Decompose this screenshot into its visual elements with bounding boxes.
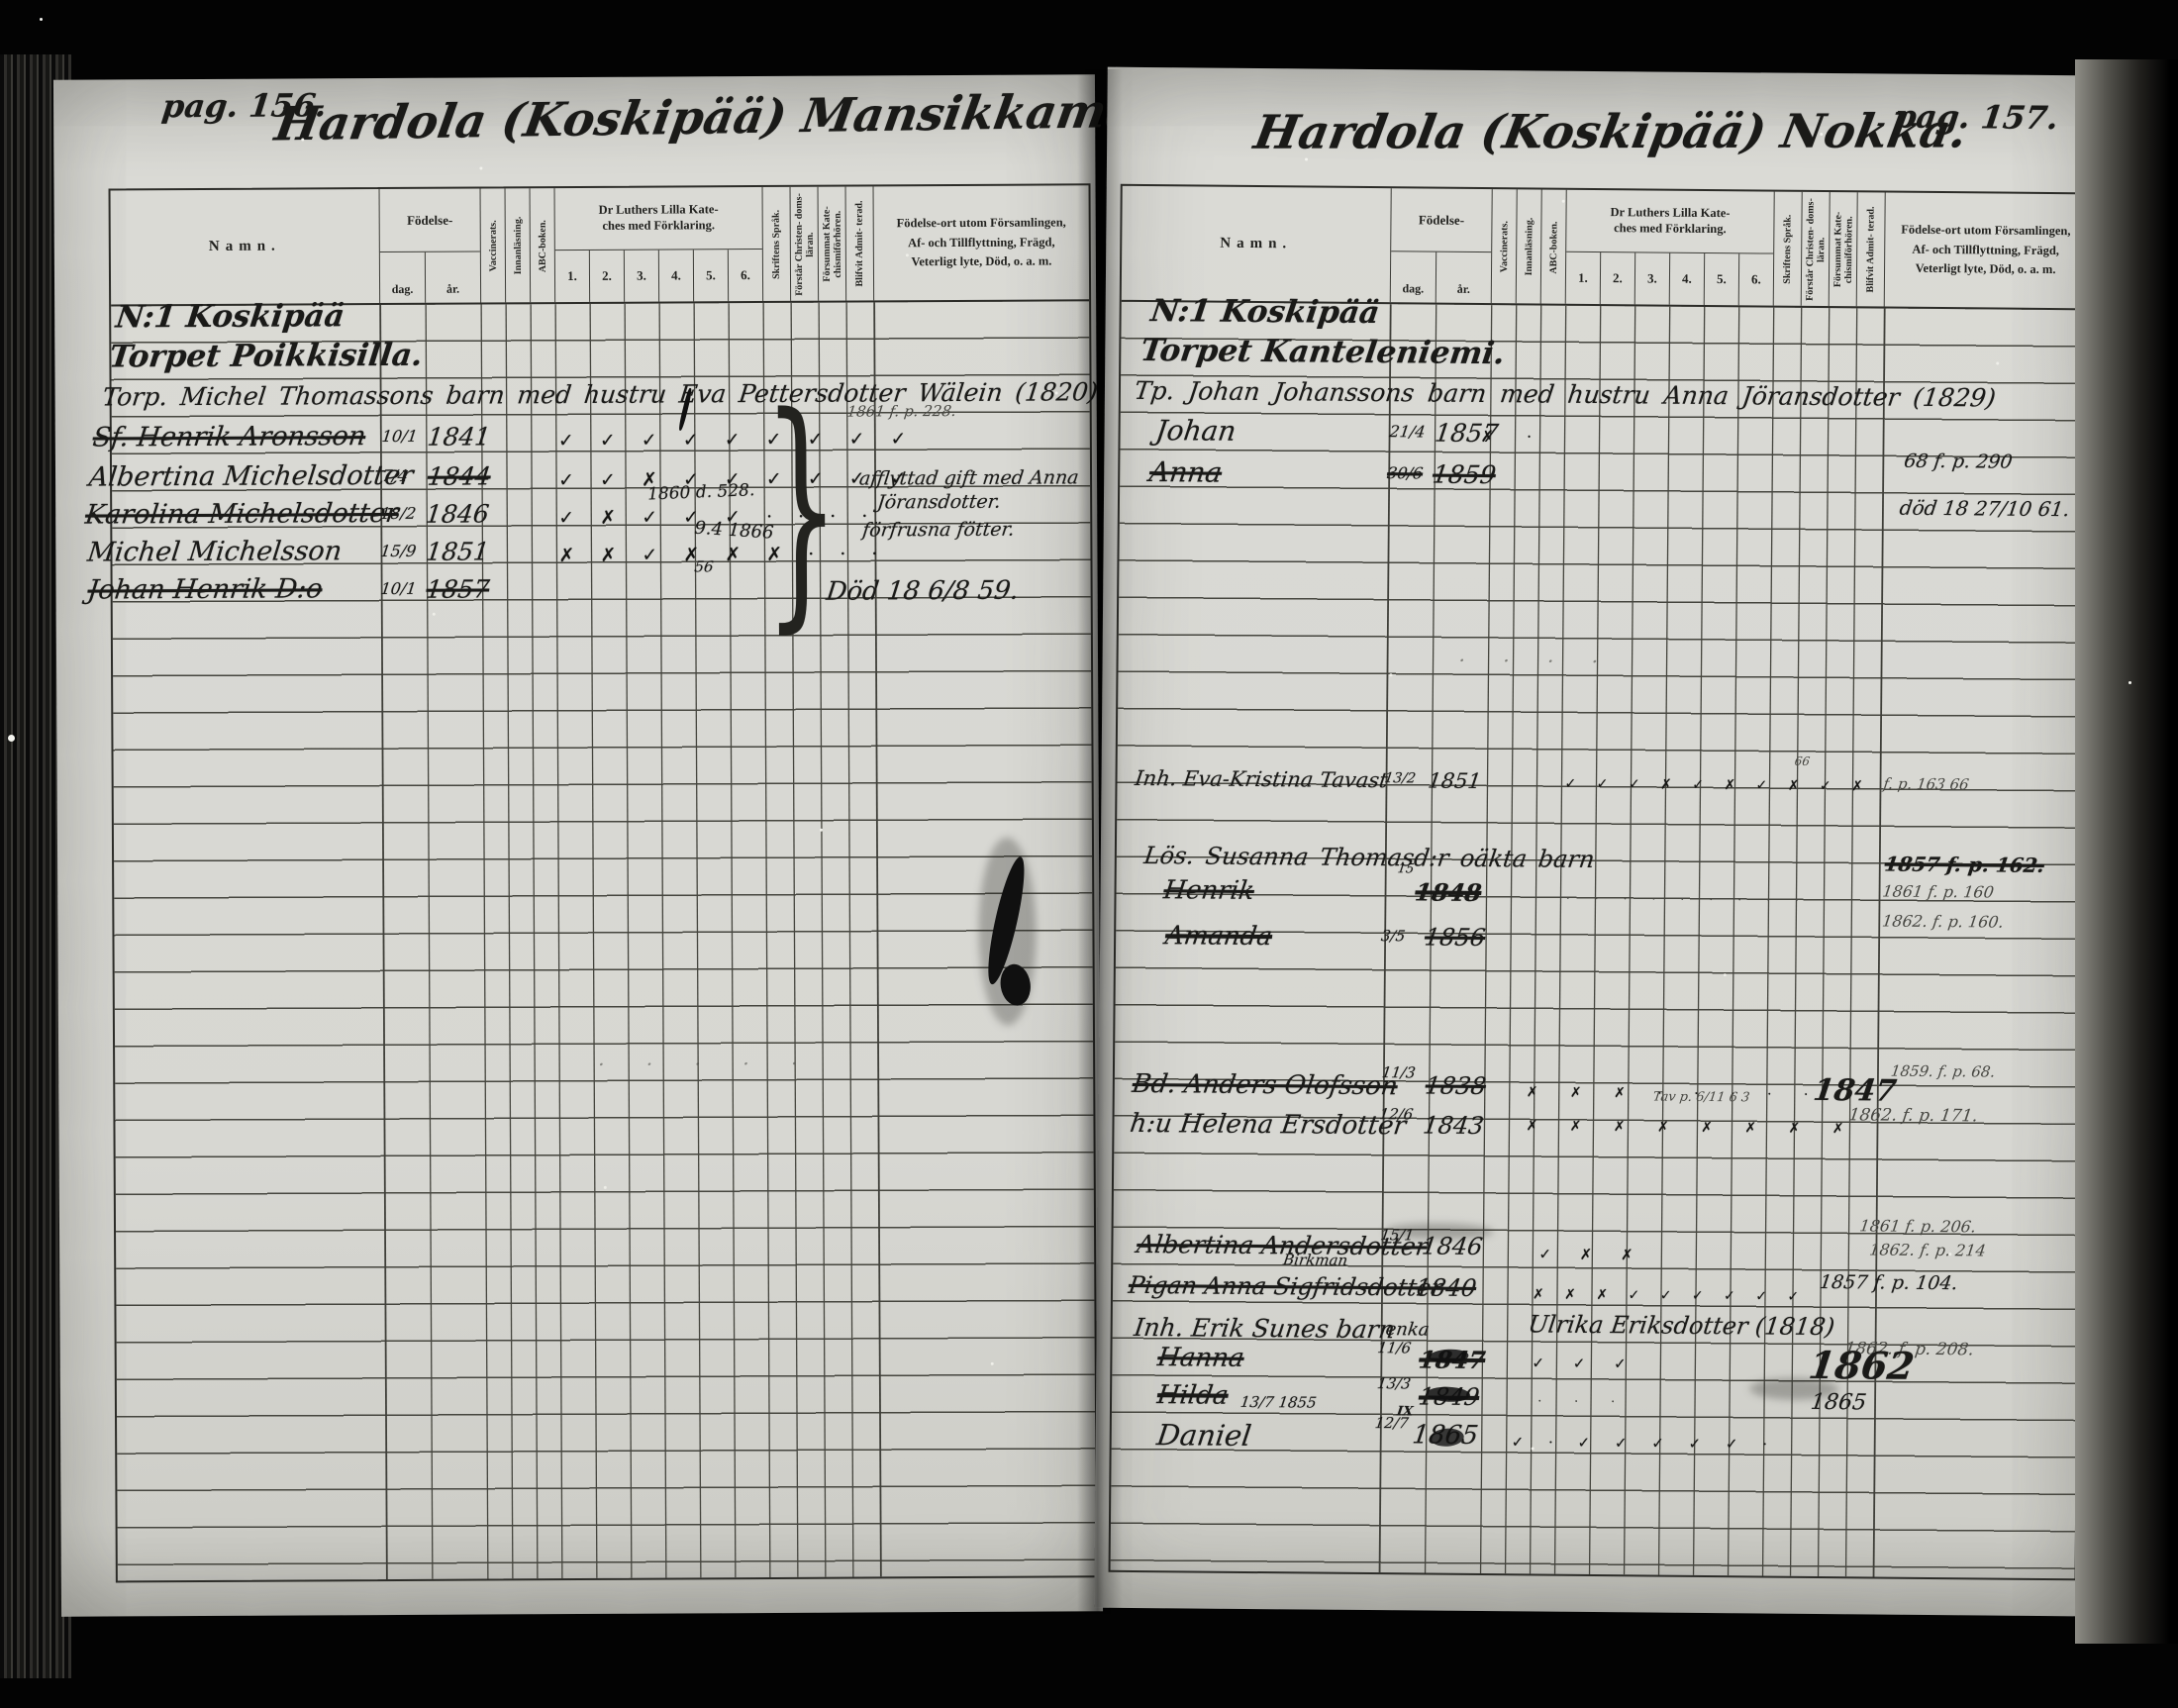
dust-speck	[2128, 681, 2131, 684]
remark-note: 1847	[1812, 1073, 1899, 1109]
col-abc: ABC-boken.	[537, 192, 548, 299]
col-catechism-line2: ches med Förklaring.	[1614, 221, 1727, 238]
entry-marks: · · · · · · · · ·	[1565, 891, 1809, 909]
col-remarks-line2: Af- och Tillflyttning, Frägd,	[1912, 241, 2059, 261]
entry-birth-year: 1843	[1422, 1112, 1486, 1141]
remark-note: 1865	[1809, 1390, 1867, 1415]
dust-speck	[40, 18, 43, 21]
remark-note: 1862	[1806, 1343, 1917, 1388]
entry-marks: ✗ ✗ ✗ ✗ ✗ ✗ ✗ ✗	[1526, 1118, 1857, 1137]
page-left: pag. 156. Hardola (Koskipää) Mansikkamäk…	[53, 74, 1103, 1616]
entry-birth-day: 12/7	[1374, 1414, 1410, 1432]
entry-marks: ✓ ✓ ✓ ✗ ✓ ✗ ✓ ✗ ✓ ✗	[1564, 776, 1870, 795]
col-catechism-line2: ches med Förklaring.	[602, 218, 715, 234]
paper-speckles	[301, 138, 304, 141]
entry-birth-day: 3/5	[1380, 927, 1407, 945]
entry-birth-day: 15	[1397, 861, 1416, 876]
entry-marks: ✓ ✓ ✓	[1532, 1354, 1637, 1372]
col-catechism-5: 5.	[1705, 253, 1739, 305]
village-heading: N:1 Koskipää	[1148, 293, 1381, 331]
death-note: Död 18 6/8 59.	[825, 576, 1021, 607]
col-birth-year: år.	[1436, 252, 1491, 303]
remark-note: 1859. f. p. 68.	[1890, 1062, 1997, 1081]
col-remarks-line3: Veterligt lyte, Död, o. a. m.	[1916, 259, 2056, 280]
col-catechism-6: 6.	[729, 250, 762, 301]
col-catechism-1: 1.	[1566, 252, 1601, 304]
entry-name: Albertina Michelsdotter	[87, 460, 415, 493]
entry-marks: ✓ ✗ ✗	[1538, 1246, 1644, 1264]
col-catechism-2: 2.	[590, 251, 625, 302]
col-catechism-2: 2.	[1601, 252, 1635, 304]
entry-marks: ✓ · ✓ ✓ ✓ ✓ ✓ ·	[1512, 1433, 1777, 1453]
entry-birth-year: 1838	[1424, 1072, 1488, 1101]
entry-birth-day: 18/2	[379, 504, 417, 523]
entry-name: Henrik	[1162, 875, 1256, 906]
croft-heading: Torpet Kanteleniemi.	[1138, 333, 1507, 371]
entry-name: Karolina Michelsdotter	[83, 498, 400, 531]
entry-birth-day: 11/6	[1376, 1339, 1412, 1356]
entry-name: h:u Helena Ersdotter	[1129, 1109, 1408, 1141]
family-line: Inh. Erik Sunes barn	[1133, 1313, 1397, 1344]
entry-birth-day: 15/9	[379, 542, 417, 560]
entry-note: 66	[1794, 754, 1811, 768]
remark-note: förfrusna fötter.	[861, 519, 1016, 542]
remark-note: 1861 f. p. 160	[1881, 882, 1995, 902]
entry-birth-day: 21/4	[1388, 422, 1426, 441]
remark-note: 1862. f. p. 214	[1868, 1240, 1987, 1259]
col-remarks-line1: Födelse-ort utom Församlingen,	[1901, 221, 2070, 242]
entry-birth-day: 15/1	[1379, 1226, 1415, 1244]
entry-birth-year: 1857	[425, 574, 491, 603]
entry-name: Hanna	[1155, 1343, 1245, 1373]
col-birth-year: år.	[426, 252, 480, 303]
left-page-title: Hardola (Koskipää) Mansikkamäki.	[271, 83, 1207, 152]
entry-note: enka	[1384, 1319, 1431, 1340]
death-note: död 18 27/10 61.	[1898, 496, 2071, 521]
entry-name: Johan Henrik D:o	[86, 573, 325, 605]
entry-birth-day: 10/1	[381, 427, 419, 446]
col-remarks-line3: Veterligt lyte, Död, o. a. m.	[911, 252, 1051, 272]
col-vaccinated: Vaccinerats.	[1498, 193, 1510, 300]
pencil-dots: · · · · ·	[597, 1052, 817, 1076]
book-scan: pag. 156. Hardola (Koskipää) Mansikkamäk…	[0, 0, 2178, 1708]
remark-note: 1862. f. p. 171.	[1847, 1105, 1979, 1126]
remark-note: 1861 f. p. 206.	[1858, 1216, 1977, 1236]
remark-note: afflyttad gift med Anna	[858, 466, 1080, 489]
entry-birth-year: 1844	[426, 461, 492, 490]
entry-name: Inh. Eva-Kristina Tavast	[1134, 766, 1389, 792]
col-catechism-5: 5.	[694, 250, 729, 301]
entry-birth-day: 10/1	[380, 579, 418, 598]
col-catechism-4: 4.	[1670, 253, 1705, 305]
remark-note: f. p. 163 66	[1882, 775, 1970, 794]
entry-note: Birkman	[1282, 1251, 1348, 1269]
col-catechism-1: 1.	[555, 251, 590, 302]
right-page-title: Hardola (Koskipää) Nokka.	[1250, 105, 1971, 160]
entry-note: Tav p. 6/11 6 3	[1652, 1090, 1750, 1106]
entry-marks: ✗ ✗ ✗ ✓ ✓ ✓ ✓ ✓ ✓	[1533, 1286, 1807, 1304]
col-understands: Förstår Christen- doms-läran.	[793, 190, 816, 297]
col-missed: Försummat Kate- chismiförhören.	[821, 190, 843, 297]
col-name: Namn.	[1220, 236, 1292, 253]
family-line: Lös. Susanna Thomasd:r oäkta barn	[1142, 842, 1596, 873]
entry-note: 13/7 1855	[1239, 1393, 1318, 1412]
entry-birth-year: 1846	[425, 499, 491, 528]
entry-name: Michel Michelsson	[86, 536, 344, 567]
entry-birth-year: 1859	[1431, 460, 1497, 490]
remark-note: 1857 f. p. 162.	[1883, 853, 2045, 877]
entry-marks: ✓ ✓ ✓ ✓ ✓ ✓ ✓ ✓ ✓	[558, 428, 917, 452]
entry-birth-day: 11/3	[1381, 1063, 1417, 1081]
remark-note: 1861 f. p. 228.	[846, 402, 957, 421]
right-table-header: Namn. Födelse- dag. år. Vaccinerats. Inn…	[1122, 186, 2087, 310]
remark-note: 1862. f. p. 160.	[1881, 912, 2005, 932]
remark-note: Jöransdotter.	[876, 491, 1002, 514]
entry-name: Anna	[1147, 455, 1224, 489]
entry-birth-year: 1848	[1414, 877, 1484, 907]
col-missed: Försummat Kate- chismiförhören.	[1831, 196, 1854, 303]
col-reading: Innanläsning.	[1523, 193, 1534, 300]
entry-birth-year: 1840	[1414, 1273, 1478, 1302]
entry-name: Hilda	[1155, 1380, 1230, 1411]
col-reading: Innanläsning.	[512, 192, 524, 299]
col-birth: Födelse-	[380, 189, 480, 253]
entry-spouse: Ulrika Eriksdotter (1818)	[1527, 1310, 1836, 1341]
entry-birth-year: 1841	[426, 422, 492, 451]
col-name: Namn.	[209, 239, 281, 255]
entry-birth-year: 1856	[1423, 924, 1487, 953]
col-remarks-line2: Af- och Tillflyttning, Frägd,	[908, 233, 1055, 252]
entry-name: Amanda	[1163, 921, 1274, 952]
col-catechism-3: 3.	[1635, 252, 1670, 304]
col-catechism-line1: Dr Luthers Lilla Kate-	[599, 203, 719, 219]
col-abc: ABC-boken.	[1547, 193, 1559, 300]
entry-name: Sf. Henrik Aronsson	[91, 421, 367, 452]
col-birth: Födelse-	[1391, 188, 1492, 252]
col-vaccinated: Vaccinerats.	[487, 192, 499, 299]
entry-note: 56	[693, 557, 714, 575]
entry-marks: ✗ ·	[1480, 427, 1545, 447]
page-right: Hardola (Koskipää) Nokka. pag. 157. Namn…	[1094, 67, 2094, 1617]
entry-birth-day: 13/2	[1383, 770, 1417, 786]
entry-birth-year: 1846	[1421, 1233, 1485, 1261]
col-birth-day: dag.	[1391, 251, 1436, 302]
col-catechism-6: 6.	[1739, 253, 1773, 305]
entry-name: Johan	[1153, 414, 1237, 448]
col-birth-day: dag.	[380, 252, 426, 303]
col-remarks: Födelse-ort utom Församlingen, Af- och T…	[1885, 193, 2087, 309]
entry-birth-year: 1851	[425, 537, 491, 565]
entry-birth-day: 12/6	[1378, 1105, 1414, 1123]
pencil-dots: · · · ·	[1457, 649, 1616, 673]
paper-speckles	[1305, 157, 1308, 160]
remark-note: 1857 f. p. 104.	[1819, 1271, 1959, 1294]
book-gutter	[1077, 69, 1123, 1614]
right-page-number: pag. 157.	[1892, 98, 2061, 137]
entry-name: Bd. Anders Olofsson	[1131, 1069, 1400, 1101]
croft-heading: Torpet Poikkisilla.	[107, 338, 425, 375]
col-catechism-4: 4.	[659, 250, 694, 301]
col-remarks-line1: Födelse-ort utom Församlingen,	[897, 214, 1066, 234]
entry-birth-day: 13/3	[1376, 1374, 1412, 1392]
left-table-header: Namn. Födelse- dag. år. Vaccinerats. Inn…	[111, 185, 1090, 306]
village-heading: N:1 Koskipää	[114, 298, 346, 335]
entry-marks: · · ·	[1537, 1394, 1629, 1411]
dust-speck	[8, 735, 15, 742]
entry-birth-day: 7/4	[381, 466, 409, 485]
col-understands: Förstår Christen- doms-läran.	[1804, 195, 1827, 302]
book-edge-right	[2075, 59, 2178, 1644]
col-admitted: Blifvit Admit- terad.	[1865, 196, 1877, 303]
col-admitted: Blifvit Admit- terad.	[854, 190, 866, 297]
col-script: Skriftens Språk.	[771, 190, 783, 297]
col-catechism-line1: Dr Luthers Lilla Kate-	[1610, 205, 1730, 222]
col-remarks: Födelse-ort utom Församlingen, Af- och T…	[874, 185, 1090, 300]
col-script: Skriftens Språk.	[1782, 195, 1794, 302]
col-catechism-3: 3.	[625, 251, 659, 302]
entry-birth-day: 30/6	[1386, 463, 1424, 482]
remark-note: 68 f. p. 290	[1903, 451, 2014, 473]
entry-name: Daniel	[1155, 1418, 1253, 1453]
entry-name: Pigan Anna Sigfridsdotter	[1127, 1271, 1443, 1302]
entry-birth-year: 1851	[1427, 769, 1483, 793]
